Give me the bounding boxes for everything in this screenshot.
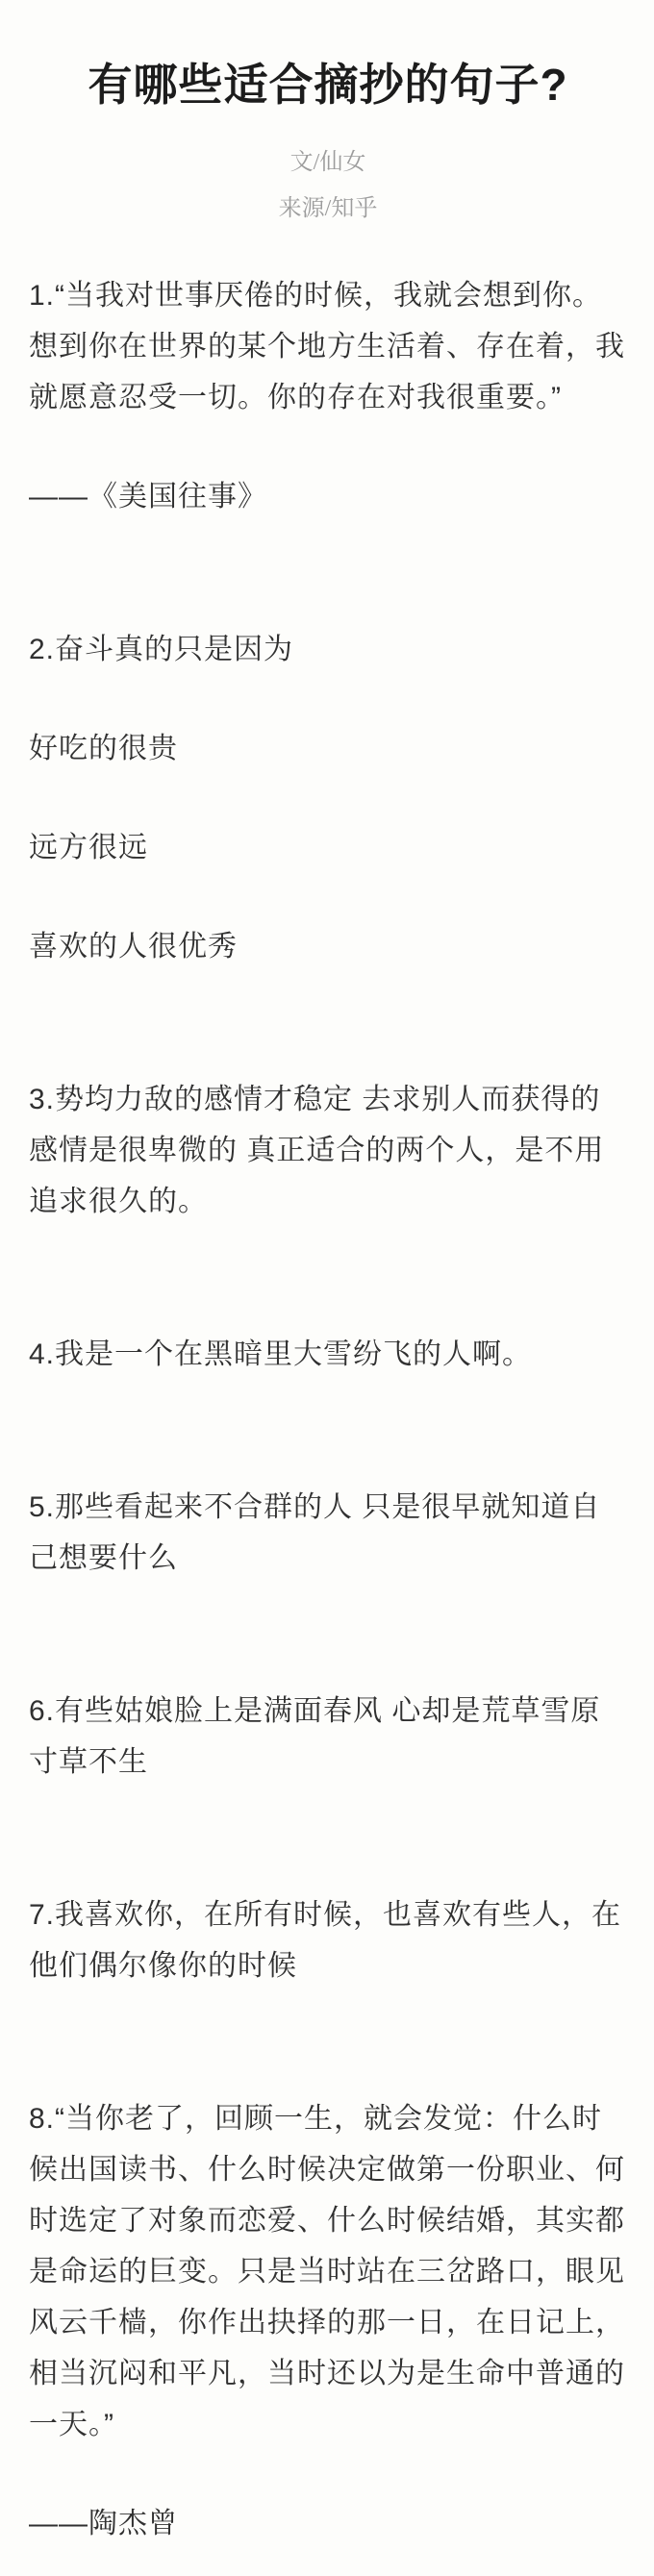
quote-8-attribution: ——陶杰曾 [29, 2498, 627, 2549]
quote-2-line-4: 喜欢的人很优秀 [29, 921, 627, 972]
quote-3-text: 3.势均力敌的感情才稳定 去求别人而获得的感情是很卑微的 真正适合的两个人，是不… [29, 1074, 627, 1227]
quote-5-text: 5.那些看起来不合群的人 只是很早就知道自己想要什么 [29, 1482, 627, 1584]
quotes-article: 1.“当我对世事厌倦的时候，我就会想到你。想到你在世界的某个地方生活着、存在着，… [29, 270, 627, 2549]
quote-2-line-3: 远方很远 [29, 822, 627, 873]
quote-1-attribution: ——《美国往事》 [29, 471, 627, 522]
page-title: 有哪些适合摘抄的句子? [29, 60, 627, 110]
source-byline: 来源/知乎 [29, 186, 627, 232]
byline-block: 文/仙女 来源/知乎 [29, 139, 627, 232]
article-page: 有哪些适合摘抄的句子? 文/仙女 来源/知乎 1.“当我对世事厌倦的时候，我就会… [0, 0, 654, 2576]
quote-2-line-2: 好吃的很贵 [29, 723, 627, 774]
quote-8-text: 8.“当你老了，回顾一生，就会发觉：什么时候出国读书、什么时候决定做第一份职业、… [29, 2093, 627, 2450]
quote-7-text: 7.我喜欢你，在所有时候，也喜欢有些人，在他们偶尔像你的时候 [29, 1889, 627, 1991]
quote-2-line-1: 2.奋斗真的只是因为 [29, 624, 627, 675]
quote-6-text: 6.有些姑娘脸上是满面春风 心却是荒草雪原 寸草不生 [29, 1686, 627, 1788]
quote-4-text: 4.我是一个在黑暗里大雪纷飞的人啊。 [29, 1329, 627, 1380]
quote-1-text: 1.“当我对世事厌倦的时候，我就会想到你。想到你在世界的某个地方生活着、存在着，… [29, 270, 627, 423]
author-byline: 文/仙女 [29, 139, 627, 186]
